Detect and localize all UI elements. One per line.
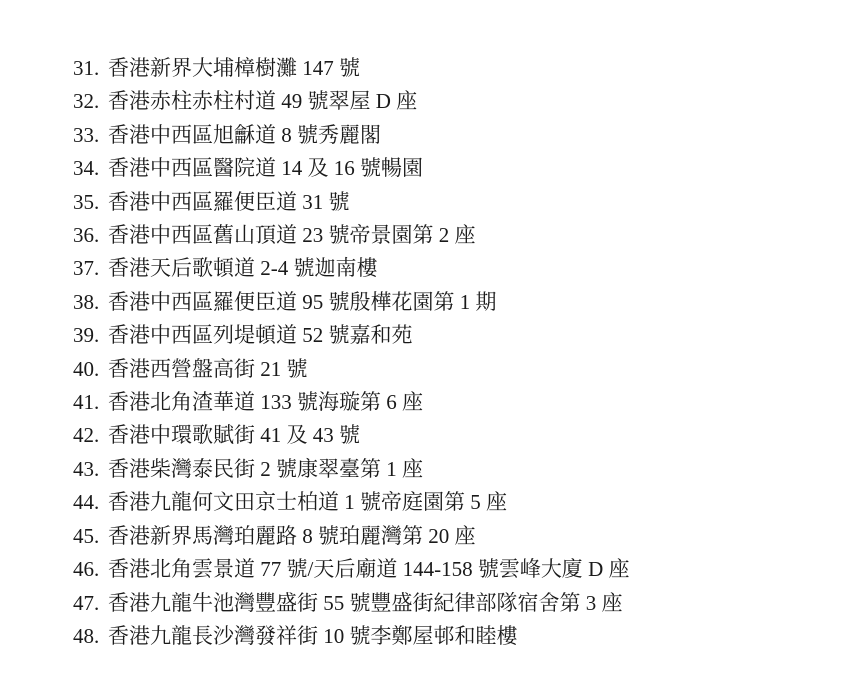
list-item: 36. 香港中西區舊山頂道 23 號帝景園第 2 座: [73, 219, 820, 252]
list-item-text: 香港中西區羅便臣道 31 號: [108, 186, 350, 219]
list-item-text: 香港新界馬灣珀麗路 8 號珀麗灣第 20 座: [108, 520, 476, 553]
list-item: 39. 香港中西區列堤頓道 52 號嘉和苑: [73, 319, 820, 352]
list-item-number: 43.: [73, 453, 108, 486]
list-item-text: 香港中西區列堤頓道 52 號嘉和苑: [108, 319, 413, 352]
list-item-number: 45.: [73, 520, 108, 553]
list-item-text: 香港中西區旭龢道 8 號秀麗閣: [108, 119, 381, 152]
list-item: 38. 香港中西區羅便臣道 95 號殷樺花園第 1 期: [73, 286, 820, 319]
list-item-text: 香港赤柱赤柱村道 49 號翠屋 D 座: [108, 85, 417, 118]
list-item-number: 39.: [73, 319, 108, 352]
list-item-number: 35.: [73, 186, 108, 219]
list-item-text: 香港九龍牛池灣豐盛街 55 號豐盛街紀律部隊宿舍第 3 座: [108, 587, 623, 620]
list-item-number: 33.: [73, 119, 108, 152]
list-item: 33. 香港中西區旭龢道 8 號秀麗閣: [73, 119, 820, 152]
list-item-text: 香港柴灣泰民街 2 號康翠臺第 1 座: [108, 453, 423, 486]
list-item: 35. 香港中西區羅便臣道 31 號: [73, 186, 820, 219]
list-item-text: 香港天后歌頓道 2-4 號迦南樓: [108, 252, 378, 285]
list-item-text: 香港九龍何文田京士柏道 1 號帝庭園第 5 座: [108, 486, 507, 519]
list-item-number: 31.: [73, 52, 108, 85]
list-item: 42. 香港中環歌賦街 41 及 43 號: [73, 419, 820, 452]
list-item: 37. 香港天后歌頓道 2-4 號迦南樓: [73, 252, 820, 285]
list-item-number: 42.: [73, 419, 108, 452]
list-item-text: 香港中環歌賦街 41 及 43 號: [108, 419, 360, 452]
list-item: 31. 香港新界大埔樟樹灘 147 號: [73, 52, 820, 85]
list-item-number: 38.: [73, 286, 108, 319]
list-item-number: 37.: [73, 252, 108, 285]
list-item-text: 香港新界大埔樟樹灘 147 號: [108, 52, 360, 85]
list-item-number: 34.: [73, 152, 108, 185]
list-item-number: 41.: [73, 386, 108, 419]
list-item: 48. 香港九龍長沙灣發祥街 10 號李鄭屋邨和睦樓: [73, 620, 820, 653]
list-item-text: 香港中西區羅便臣道 95 號殷樺花園第 1 期: [108, 286, 497, 319]
list-item-text: 香港九龍長沙灣發祥街 10 號李鄭屋邨和睦樓: [108, 620, 518, 653]
list-item: 45. 香港新界馬灣珀麗路 8 號珀麗灣第 20 座: [73, 520, 820, 553]
list-item-text: 香港北角渣華道 133 號海璇第 6 座: [108, 386, 423, 419]
list-item-number: 46.: [73, 553, 108, 586]
list-item-number: 48.: [73, 620, 108, 653]
document-page: 31. 香港新界大埔樟樹灘 147 號 32. 香港赤柱赤柱村道 49 號翠屋 …: [0, 0, 850, 673]
list-item: 32. 香港赤柱赤柱村道 49 號翠屋 D 座: [73, 85, 820, 118]
list-item-number: 36.: [73, 219, 108, 252]
list-item-text: 香港中西區醫院道 14 及 16 號暢園: [108, 152, 423, 185]
list-item: 41. 香港北角渣華道 133 號海璇第 6 座: [73, 386, 820, 419]
list-item-text: 香港西營盤高街 21 號: [108, 353, 308, 386]
list-item: 44. 香港九龍何文田京士柏道 1 號帝庭園第 5 座: [73, 486, 820, 519]
address-list: 31. 香港新界大埔樟樹灘 147 號 32. 香港赤柱赤柱村道 49 號翠屋 …: [73, 52, 820, 653]
list-item: 46. 香港北角雲景道 77 號/天后廟道 144-158 號雲峰大廈 D 座: [73, 553, 820, 586]
list-item-text: 香港中西區舊山頂道 23 號帝景園第 2 座: [108, 219, 476, 252]
list-item: 43. 香港柴灣泰民街 2 號康翠臺第 1 座: [73, 453, 820, 486]
list-item-number: 32.: [73, 85, 108, 118]
list-item-text: 香港北角雲景道 77 號/天后廟道 144-158 號雲峰大廈 D 座: [108, 553, 630, 586]
list-item-number: 40.: [73, 353, 108, 386]
list-item-number: 47.: [73, 587, 108, 620]
list-item-number: 44.: [73, 486, 108, 519]
list-item: 40. 香港西營盤高街 21 號: [73, 353, 820, 386]
list-item: 34. 香港中西區醫院道 14 及 16 號暢園: [73, 152, 820, 185]
list-item: 47. 香港九龍牛池灣豐盛街 55 號豐盛街紀律部隊宿舍第 3 座: [73, 587, 820, 620]
